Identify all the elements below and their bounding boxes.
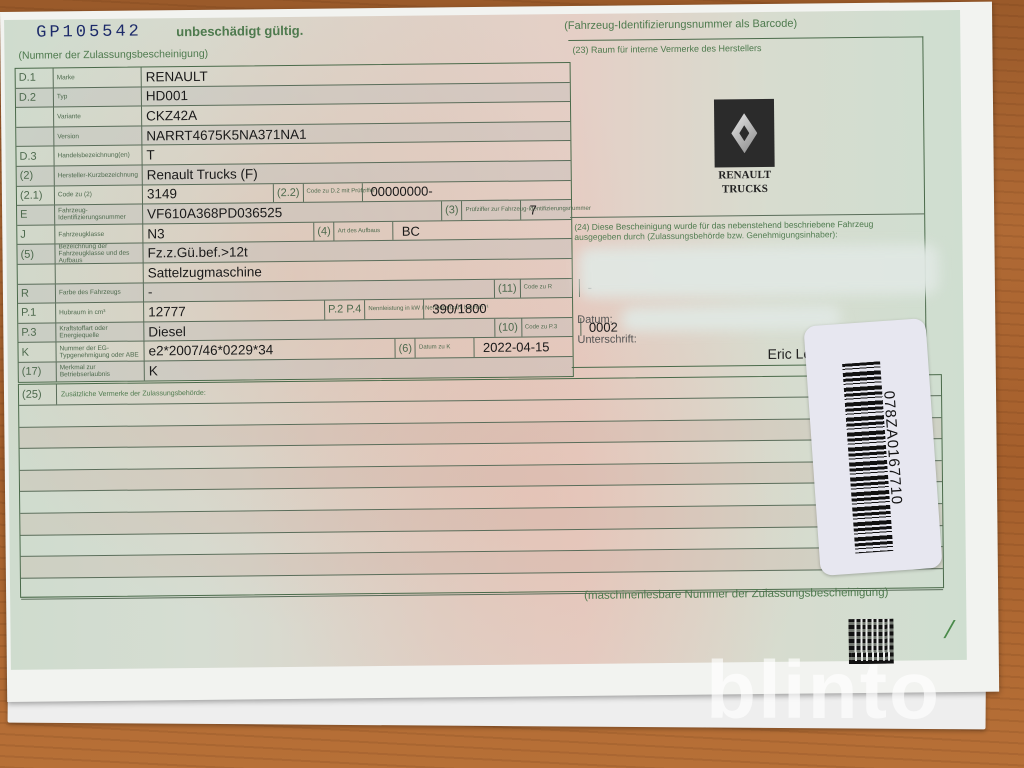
logo-text-trucks: TRUCKS bbox=[714, 184, 776, 196]
field-value-text: VF610A368PD036525 bbox=[147, 205, 282, 221]
vehicle-data-table: D.1MarkeRENAULTD.2TypHD001VarianteCKZ42A… bbox=[15, 62, 574, 382]
field-label: Merkmal zur Betriebserlaubnis bbox=[57, 361, 145, 381]
certificate-number: GP105542 bbox=[36, 23, 142, 43]
sub-field-code: (6) bbox=[395, 339, 416, 358]
field-label: Code zu (2) bbox=[55, 185, 143, 205]
field-label: Handelsbezeichnung(en) bbox=[54, 146, 142, 166]
logo-text-renault: RENAULT bbox=[714, 170, 776, 182]
sub-field-label: Prüfziffer zur Fahrzeug-Identifizierungs… bbox=[462, 201, 521, 220]
field-code: R bbox=[18, 284, 56, 303]
sub-field-code: (4) bbox=[314, 222, 335, 241]
field-value-text: e2*2007/46*0229*34 bbox=[148, 342, 273, 358]
sub-field-label: Art des Aufbaus bbox=[335, 222, 394, 241]
sub-field-f2_2: (2.2)Code zu D.2 mit Prüfziffer00000000- bbox=[273, 182, 441, 202]
field-label: Variante bbox=[54, 107, 142, 127]
field-code: (2) bbox=[17, 166, 55, 185]
field-label: Version bbox=[54, 126, 142, 146]
field-value-text: T bbox=[146, 148, 154, 163]
field-value: K bbox=[145, 357, 573, 380]
sub-field-p2p4: P.2 P.4Nennleistung in kW / Nenndrehzahl… bbox=[324, 299, 495, 319]
field-label: Nummer der EG-Typgenehmigung oder ABE bbox=[56, 342, 144, 362]
sub-field-label: Code zu D.2 mit Prüfziffer bbox=[303, 183, 362, 202]
field-value-text: - bbox=[148, 285, 153, 300]
manufacturer-notes-box: (23) Raum für interne Vermerke des Herst… bbox=[568, 37, 924, 218]
field-label bbox=[56, 263, 144, 283]
sub-field-value: BC bbox=[394, 223, 428, 238]
field-value-text: Renault Trucks (F) bbox=[147, 166, 258, 182]
sub-field-code: (11) bbox=[495, 279, 521, 298]
field-value-text: RENAULT bbox=[146, 69, 208, 85]
notes-code: (25) bbox=[19, 384, 57, 404]
sub-field-code: (2.2) bbox=[274, 183, 304, 202]
field-code: (5) bbox=[17, 245, 55, 264]
field-value-text: K bbox=[149, 363, 158, 378]
field-value-text: 12777 bbox=[148, 304, 186, 319]
renault-diamond-icon bbox=[714, 99, 775, 168]
field-label: Farbe des Fahrzeugs bbox=[56, 283, 144, 303]
field-value-text: HD001 bbox=[146, 88, 188, 103]
watermark-logo: blinto bbox=[706, 650, 941, 732]
field-label: Typ bbox=[54, 87, 142, 107]
field-value-text: Fz.z.Gü.bef.>12t bbox=[147, 245, 247, 261]
box24-title: (24) Diese Bescheinigung wurde für das n… bbox=[570, 214, 924, 246]
field-value-text: Sattelzugmaschine bbox=[148, 264, 262, 280]
sub-field-label: Datum zu K bbox=[416, 338, 475, 357]
field-code bbox=[16, 127, 54, 146]
field-value-text: CKZ42A bbox=[146, 108, 197, 124]
certificate-number-caption: (Nummer der Zulassungsbescheinigung) bbox=[18, 48, 208, 62]
right-info-column: (23) Raum für interne Vermerke des Herst… bbox=[568, 36, 926, 368]
validity-note: unbeschädigt gültig. bbox=[176, 23, 303, 39]
sub-field-f6: (6)Datum zu K2022-04-15 bbox=[394, 337, 557, 357]
field-value-text: N3 bbox=[147, 226, 164, 241]
sub-field-code: P.2 P.4 bbox=[325, 300, 365, 319]
field-code: D.3 bbox=[16, 147, 54, 166]
field-label: Hubraum in cm³ bbox=[56, 303, 144, 323]
notes-label: Zusätzliche Vermerke der Zulassungsbehör… bbox=[57, 383, 206, 405]
sub-field-code: (3) bbox=[442, 201, 463, 220]
field-code: K bbox=[18, 343, 56, 362]
field-label: Hersteller-Kurzbezeichnung bbox=[55, 165, 143, 185]
field-code: J bbox=[17, 225, 55, 244]
field-value-text: NARRT4675K5NA371NA1 bbox=[146, 126, 306, 143]
bundesdruckerei-mark-icon bbox=[943, 620, 969, 638]
machine-readable-caption: (maschinenlesbare Nummer der Zulassungsb… bbox=[584, 587, 888, 602]
field-code bbox=[16, 108, 54, 127]
sub-field-value: 00000000- bbox=[362, 184, 440, 200]
field-code bbox=[18, 264, 56, 283]
additional-notes-area: (25) Zusätzliche Vermerke der Zulassungs… bbox=[18, 374, 944, 598]
field-label: Marke bbox=[54, 68, 142, 88]
field-value-text: 3149 bbox=[147, 187, 177, 202]
barcode-sticker: 078ZA0167710 bbox=[803, 318, 942, 576]
field-code: (2.1) bbox=[17, 186, 55, 205]
field-code: P.1 bbox=[18, 304, 56, 323]
sub-field-f3: (3)Prüfziffer zur Fahrzeug-Identifizieru… bbox=[441, 200, 545, 220]
redacted-authority bbox=[579, 244, 940, 298]
field-code: P.3 bbox=[18, 323, 56, 342]
sub-field-label: Nennleistung in kW / Nenndrehzahl bei mi… bbox=[365, 300, 424, 319]
sub-field-value: 2022-04-15 bbox=[475, 339, 558, 355]
sub-field-value: 7 bbox=[521, 202, 544, 217]
sub-field-code: (10) bbox=[495, 318, 522, 337]
field-value-text: Diesel bbox=[148, 324, 186, 339]
field-label: Fahrzeugklasse bbox=[55, 224, 143, 244]
vin-barcode-caption: (Fahrzeug-Identifizierungsnummer als Bar… bbox=[564, 18, 797, 32]
renault-trucks-logo: RENAULT TRUCKS bbox=[713, 99, 776, 196]
field-code: E bbox=[17, 206, 55, 225]
date-label: Datum: bbox=[577, 314, 613, 326]
field-label: Kraftstoffart oder Energiequelle bbox=[56, 322, 144, 342]
field-label: Fahrzeug-Identifizierungsnummer bbox=[55, 205, 143, 225]
field-label: Bezeichnung der Fahrzeugklasse und des A… bbox=[55, 244, 143, 264]
field-code: D.1 bbox=[16, 68, 54, 87]
field-code: D.2 bbox=[16, 88, 54, 107]
sub-field-f4: (4)Art des AufbausBC bbox=[313, 221, 428, 241]
box23-title: (23) Raum für interne Vermerke des Herst… bbox=[568, 37, 922, 59]
sub-field-value: 390/1800 bbox=[424, 301, 494, 317]
field-code: (17) bbox=[19, 362, 57, 381]
signature-label: Unterschrift: bbox=[577, 333, 636, 346]
